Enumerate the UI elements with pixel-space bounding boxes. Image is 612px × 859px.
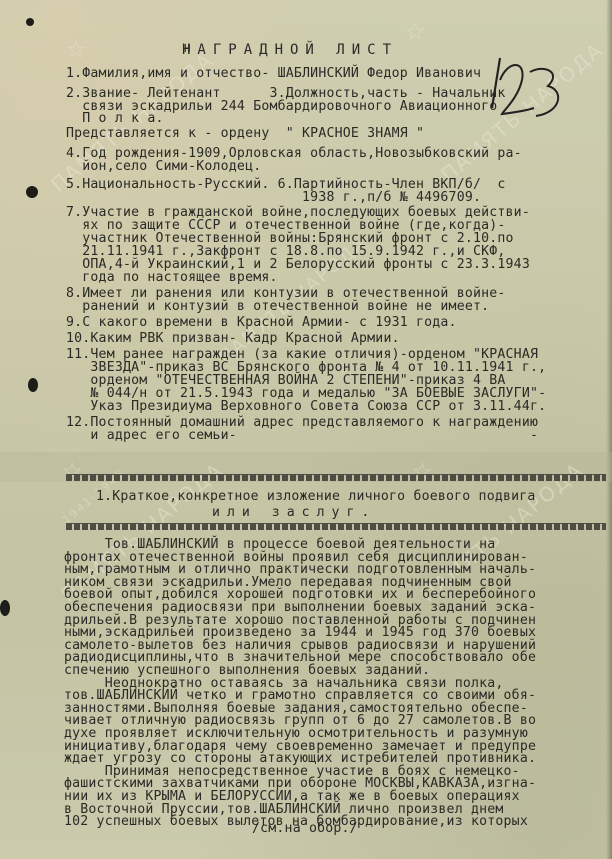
field-line: и адрес его семьи- -	[66, 429, 538, 443]
field-line: ранений и контузий в отечественной войне…	[66, 300, 489, 314]
field-line: 10.Каким РВК призван- Кадр Красной Армии…	[66, 332, 400, 346]
punch-hole	[0, 600, 10, 616]
separator-line	[66, 523, 606, 530]
punch-hole	[26, 186, 38, 198]
document-title: НАГРАДНОЙ ЛИСТ	[182, 42, 398, 58]
field-line: 1938 г.,п/б № 4496709.	[66, 191, 481, 205]
field-line: 1.Фамилия,имя и отчество- ШАБЛИНСКИЙ Фед…	[66, 67, 481, 81]
field-line: 9.С какого времени в Красной Армии- с 19…	[66, 316, 457, 330]
section-heading: 1.Краткое,конкретное изложение личного б…	[96, 490, 536, 504]
field-line: Указ Президиума Верховного Совета Союза …	[66, 400, 546, 414]
watermark-star-icon: ☆	[405, 12, 439, 46]
field-line: Представляется к - ордену " КРАСНОЕ ЗНАМ…	[66, 127, 424, 141]
field-line: йон,село Сими-Колодец.	[66, 160, 261, 174]
punch-hole	[28, 378, 38, 392]
watermark-star-icon: ☆	[66, 30, 100, 64]
field-line: года по настоящее время.	[66, 271, 278, 285]
field-line: П о л к а.	[66, 112, 164, 126]
document-page: ☆ ПАМЯТЬ НАРОДА ☆ ПАМЯТЬ НАРОДА ☆ ПАМЯТЬ…	[0, 0, 612, 859]
page-edge-shadow	[606, 0, 612, 859]
punch-hole	[26, 18, 34, 26]
continued-note: /см.на обор./	[252, 822, 358, 836]
section-heading-cont: или заслуг.	[212, 506, 376, 520]
separator-line	[66, 474, 606, 481]
